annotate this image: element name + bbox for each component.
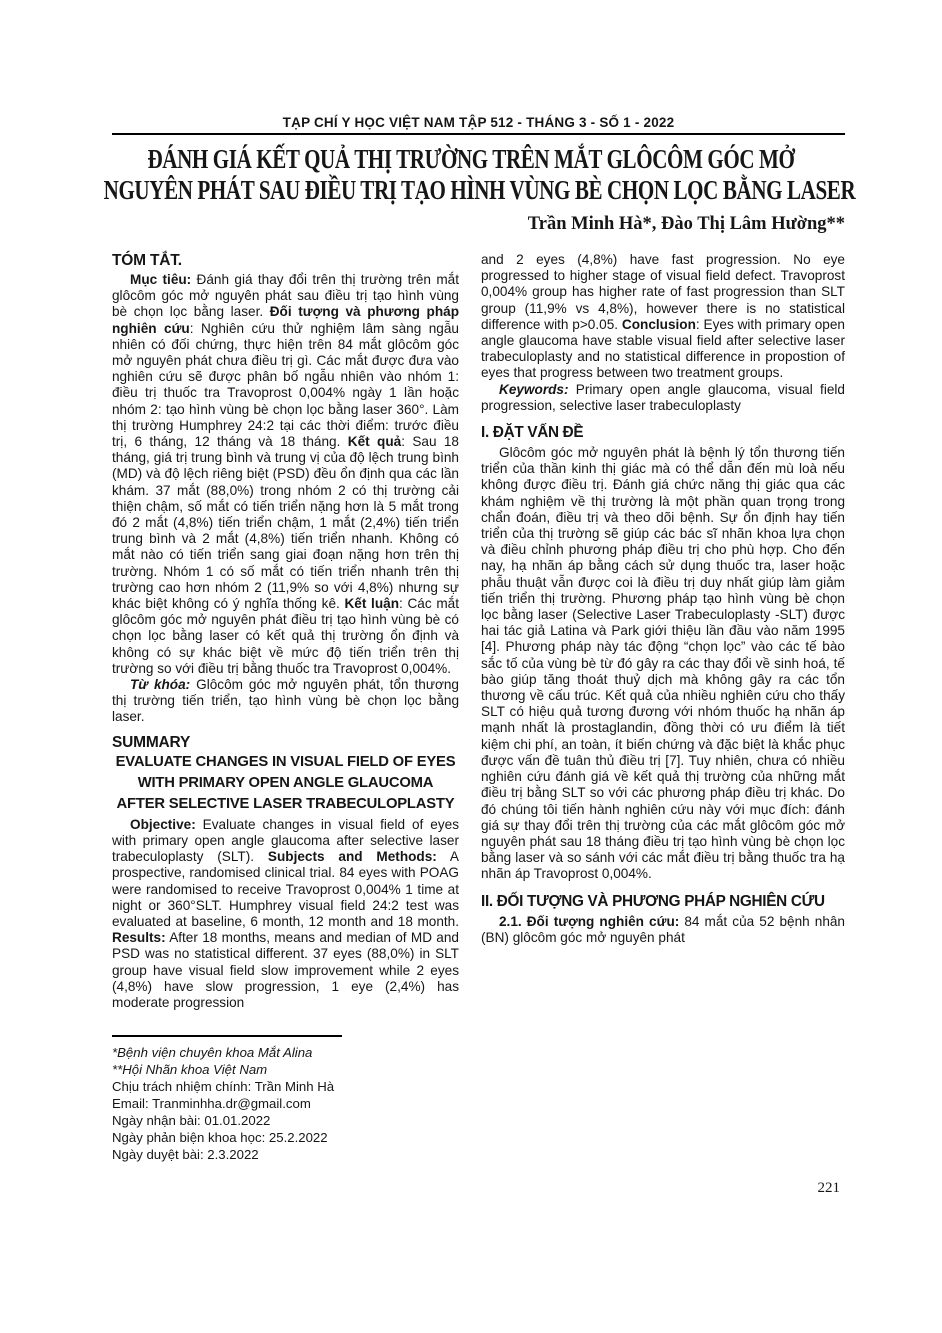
section2-subheading: 2.1. Đối tượng nghiên cứu:	[499, 914, 679, 929]
section1-heading: I. ĐẶT VẤN ĐỀ	[481, 424, 845, 442]
footnote-reviewed-date: Ngày phản biện khoa học: 25.2.2022	[112, 1130, 459, 1147]
footnote-block: *Bệnh viện chuyên khoa Mắt Alina **Hội N…	[112, 1035, 459, 1163]
abstract-label-objective-en: Objective:	[130, 817, 196, 832]
abstract-heading-vn: TÓM TẮT.	[112, 252, 459, 270]
abstract-label-methods-en: Subjects and Methods:	[268, 849, 437, 864]
journal-header-line: TẠP CHÍ Y HỌC VIỆT NAM TẬP 512 - THÁNG 3…	[112, 115, 845, 130]
footnote-received-date: Ngày nhận bài: 01.01.2022	[112, 1113, 459, 1130]
abstract-label-conclusion-vn: Kết luận	[344, 596, 399, 611]
section2-paragraph: 2.1. Đối tượng nghiên cứu: 84 mắt của 52…	[481, 914, 845, 946]
keywords-paragraph-en: Keywords: Primary open angle glaucoma, v…	[481, 382, 845, 414]
right-column: and 2 eyes (4,8%) have fast progression.…	[481, 252, 845, 946]
summary-subtitle-line3: AFTER SELECTIVE LASER TRABECULOPLASTY	[112, 794, 459, 815]
keywords-paragraph-vn: Từ khóa: Glôcôm góc mở nguyên phát, tổn …	[112, 677, 459, 726]
footnote-accepted-date: Ngày duyệt bài: 2.3.2022	[112, 1147, 459, 1164]
summary-heading: SUMMARY	[112, 734, 459, 752]
abstract-label-conclusion-en: Conclusion	[622, 317, 696, 332]
summary-subtitle-line2: WITH PRIMARY OPEN ANGLE GLAUCOMA	[112, 773, 459, 794]
abstract-label-results-en: Results:	[112, 930, 166, 945]
footnote-affiliation1: *Bệnh viện chuyên khoa Mắt Alina	[112, 1045, 459, 1062]
page-number: 221	[818, 1180, 841, 1197]
footnote-affiliation2: **Hội Nhãn khoa Việt Nam	[112, 1062, 459, 1079]
footnote-email: Email: Tranminhha.dr@gmail.com	[112, 1096, 459, 1113]
summary-subtitle: EVALUATE CHANGES IN VISUAL FIELD OF EYES…	[112, 752, 459, 815]
footnote-responsible: Chịu trách nhiệm chính: Trần Minh Hà	[112, 1079, 459, 1096]
article-title: ĐÁNH GIÁ KẾT QUẢ THỊ TRƯỜNG TRÊN MẮT GLÔ…	[104, 144, 839, 206]
abstract-label-results-vn: Kết quả	[348, 434, 401, 449]
header-rule	[112, 133, 845, 135]
abstract-continuation-en: and 2 eyes (4,8%) have fast progression.…	[481, 252, 845, 382]
footnote-rule	[112, 1035, 342, 1037]
section1-paragraph: Glôcôm góc mở nguyên phát là bệnh lý tổn…	[481, 445, 845, 882]
article-title-line1: ĐÁNH GIÁ KẾT QUẢ THỊ TRƯỜNG TRÊN MẮT GLÔ…	[104, 144, 839, 175]
abstract-label-objective-vn: Mục tiêu:	[130, 272, 191, 287]
journal-page: TẠP CHÍ Y HỌC VIỆT NAM TẬP 512 - THÁNG 3…	[0, 0, 942, 1333]
summary-subtitle-line1: EVALUATE CHANGES IN VISUAL FIELD OF EYES	[112, 752, 459, 773]
abstract-paragraph-en: Objective: Evaluate changes in visual fi…	[112, 817, 459, 1011]
abstract-text-results-vn: : Sau 18 tháng, giá trị trung bình và tr…	[112, 434, 459, 611]
keywords-label-vn: Từ khóa:	[130, 677, 190, 692]
abstract-text-methods-vn: : Nghiên cứu thử nghiệm lâm sàng ngẫu nh…	[112, 321, 459, 449]
section2-heading: II. ĐỐI TƯỢNG VÀ PHƯƠNG PHÁP NGHIÊN CỨU	[481, 893, 845, 911]
keywords-label-en: Keywords:	[499, 382, 569, 397]
authors-line: Trần Minh Hà*, Đào Thị Lâm Hường**	[528, 214, 845, 235]
abstract-paragraph-vn: Mục tiêu: Đánh giá thay đổi trên thị trư…	[112, 272, 459, 677]
article-title-line2: NGUYÊN PHÁT SAU ĐIỀU TRỊ TẠO HÌNH VÙNG B…	[104, 175, 839, 206]
left-column: TÓM TẮT. Mục tiêu: Đánh giá thay đổi trê…	[112, 252, 459, 1163]
